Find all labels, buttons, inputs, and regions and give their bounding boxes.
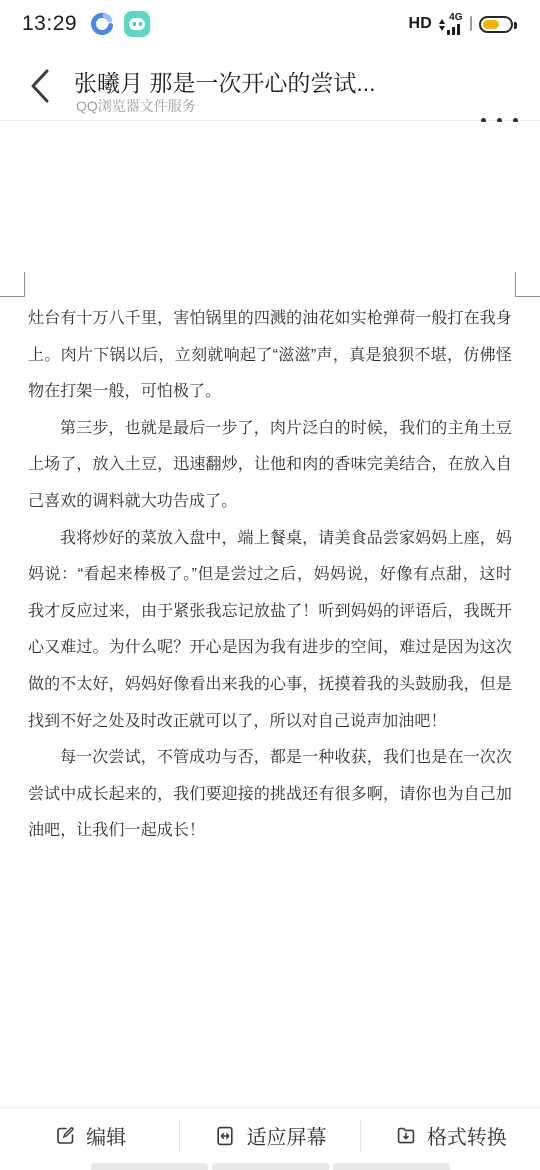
network-type-label: 4G (449, 13, 462, 23)
edit-icon (53, 1124, 77, 1148)
paragraph: 第三步，也就是最后一步了，肉片泛白的时候，我们的主角土豆上场了，放入土豆，迅速翻… (28, 411, 512, 521)
signal-bars-icon (447, 24, 460, 35)
network-updown-arrows-icon (439, 19, 445, 31)
document-text: 灶台有十万八千里，害怕锅里的四溅的油花如实枪弹荷一般打在我身上。肉片下锅以后，立… (28, 301, 512, 850)
segment (333, 1163, 450, 1170)
download-arrow-icon (439, 26, 445, 31)
fit-screen-icon (213, 1124, 237, 1148)
robot-eye (139, 22, 142, 26)
paragraph: 灶台有十万八千里，害怕锅里的四溅的油花如实枪弹荷一般打在我身上。肉片下锅以后，立… (28, 301, 512, 411)
paragraph: 每一次尝试，不管成功与否，都是一种收获，我们也是在一次次尝试中成长起来的，我们要… (28, 740, 512, 850)
fit-screen-button[interactable]: 适应屏幕 (180, 1121, 359, 1150)
robot-face (129, 18, 145, 30)
back-chevron-icon (28, 67, 52, 105)
back-button[interactable] (28, 66, 54, 106)
document-viewer: 灶台有十万八千里，害怕锅里的四溅的油花如实枪弹荷一般打在我身上。肉片下锅以后，立… (0, 122, 540, 1106)
robot-eye (133, 22, 136, 26)
battery-icon (479, 16, 513, 33)
robot-face-app-icon (124, 11, 150, 37)
hd-indicator: HD (408, 15, 432, 33)
sim2-signal-icon (470, 16, 473, 31)
document-title: 张曦月 那是一次开心的尝试... (74, 65, 420, 98)
network-indicator: 4G (439, 13, 462, 35)
edit-label: 编辑 (86, 1121, 126, 1150)
upload-arrow-icon (439, 19, 445, 24)
browser-swirl-icon (89, 11, 115, 37)
fit-screen-label: 适应屏幕 (246, 1121, 326, 1150)
status-right-cluster: HD 4G (408, 13, 518, 35)
clock-time: 13:29 (22, 12, 77, 36)
segment (91, 1163, 208, 1170)
bottom-toolbar: 编辑 适应屏幕 格式转换 (0, 1107, 540, 1163)
document-source-subtitle: QQ浏览器文件服务 (76, 96, 196, 116)
segment (212, 1163, 329, 1170)
page-corner-mark-top-left (0, 272, 25, 297)
app-header: 张曦月 那是一次开心的尝试... QQ浏览器文件服务 (0, 48, 540, 121)
format-convert-icon (394, 1124, 418, 1148)
battery-fill (483, 20, 499, 29)
battery-nub (514, 22, 517, 29)
status-bar: 13:29 HD 4G (0, 0, 540, 48)
paragraph: 我将炒好的菜放入盘中，端上餐桌，请美食品尝家妈妈上座，妈妈说：“看起来棒极了。”… (28, 521, 512, 741)
page-corner-mark-top-right (515, 272, 540, 297)
format-convert-button[interactable]: 格式转换 (361, 1121, 540, 1150)
edit-button[interactable]: 编辑 (0, 1121, 179, 1150)
notification-icons (89, 11, 150, 37)
format-convert-label: 格式转换 (427, 1121, 507, 1150)
bottom-sheet-peek-segments (0, 1163, 540, 1170)
